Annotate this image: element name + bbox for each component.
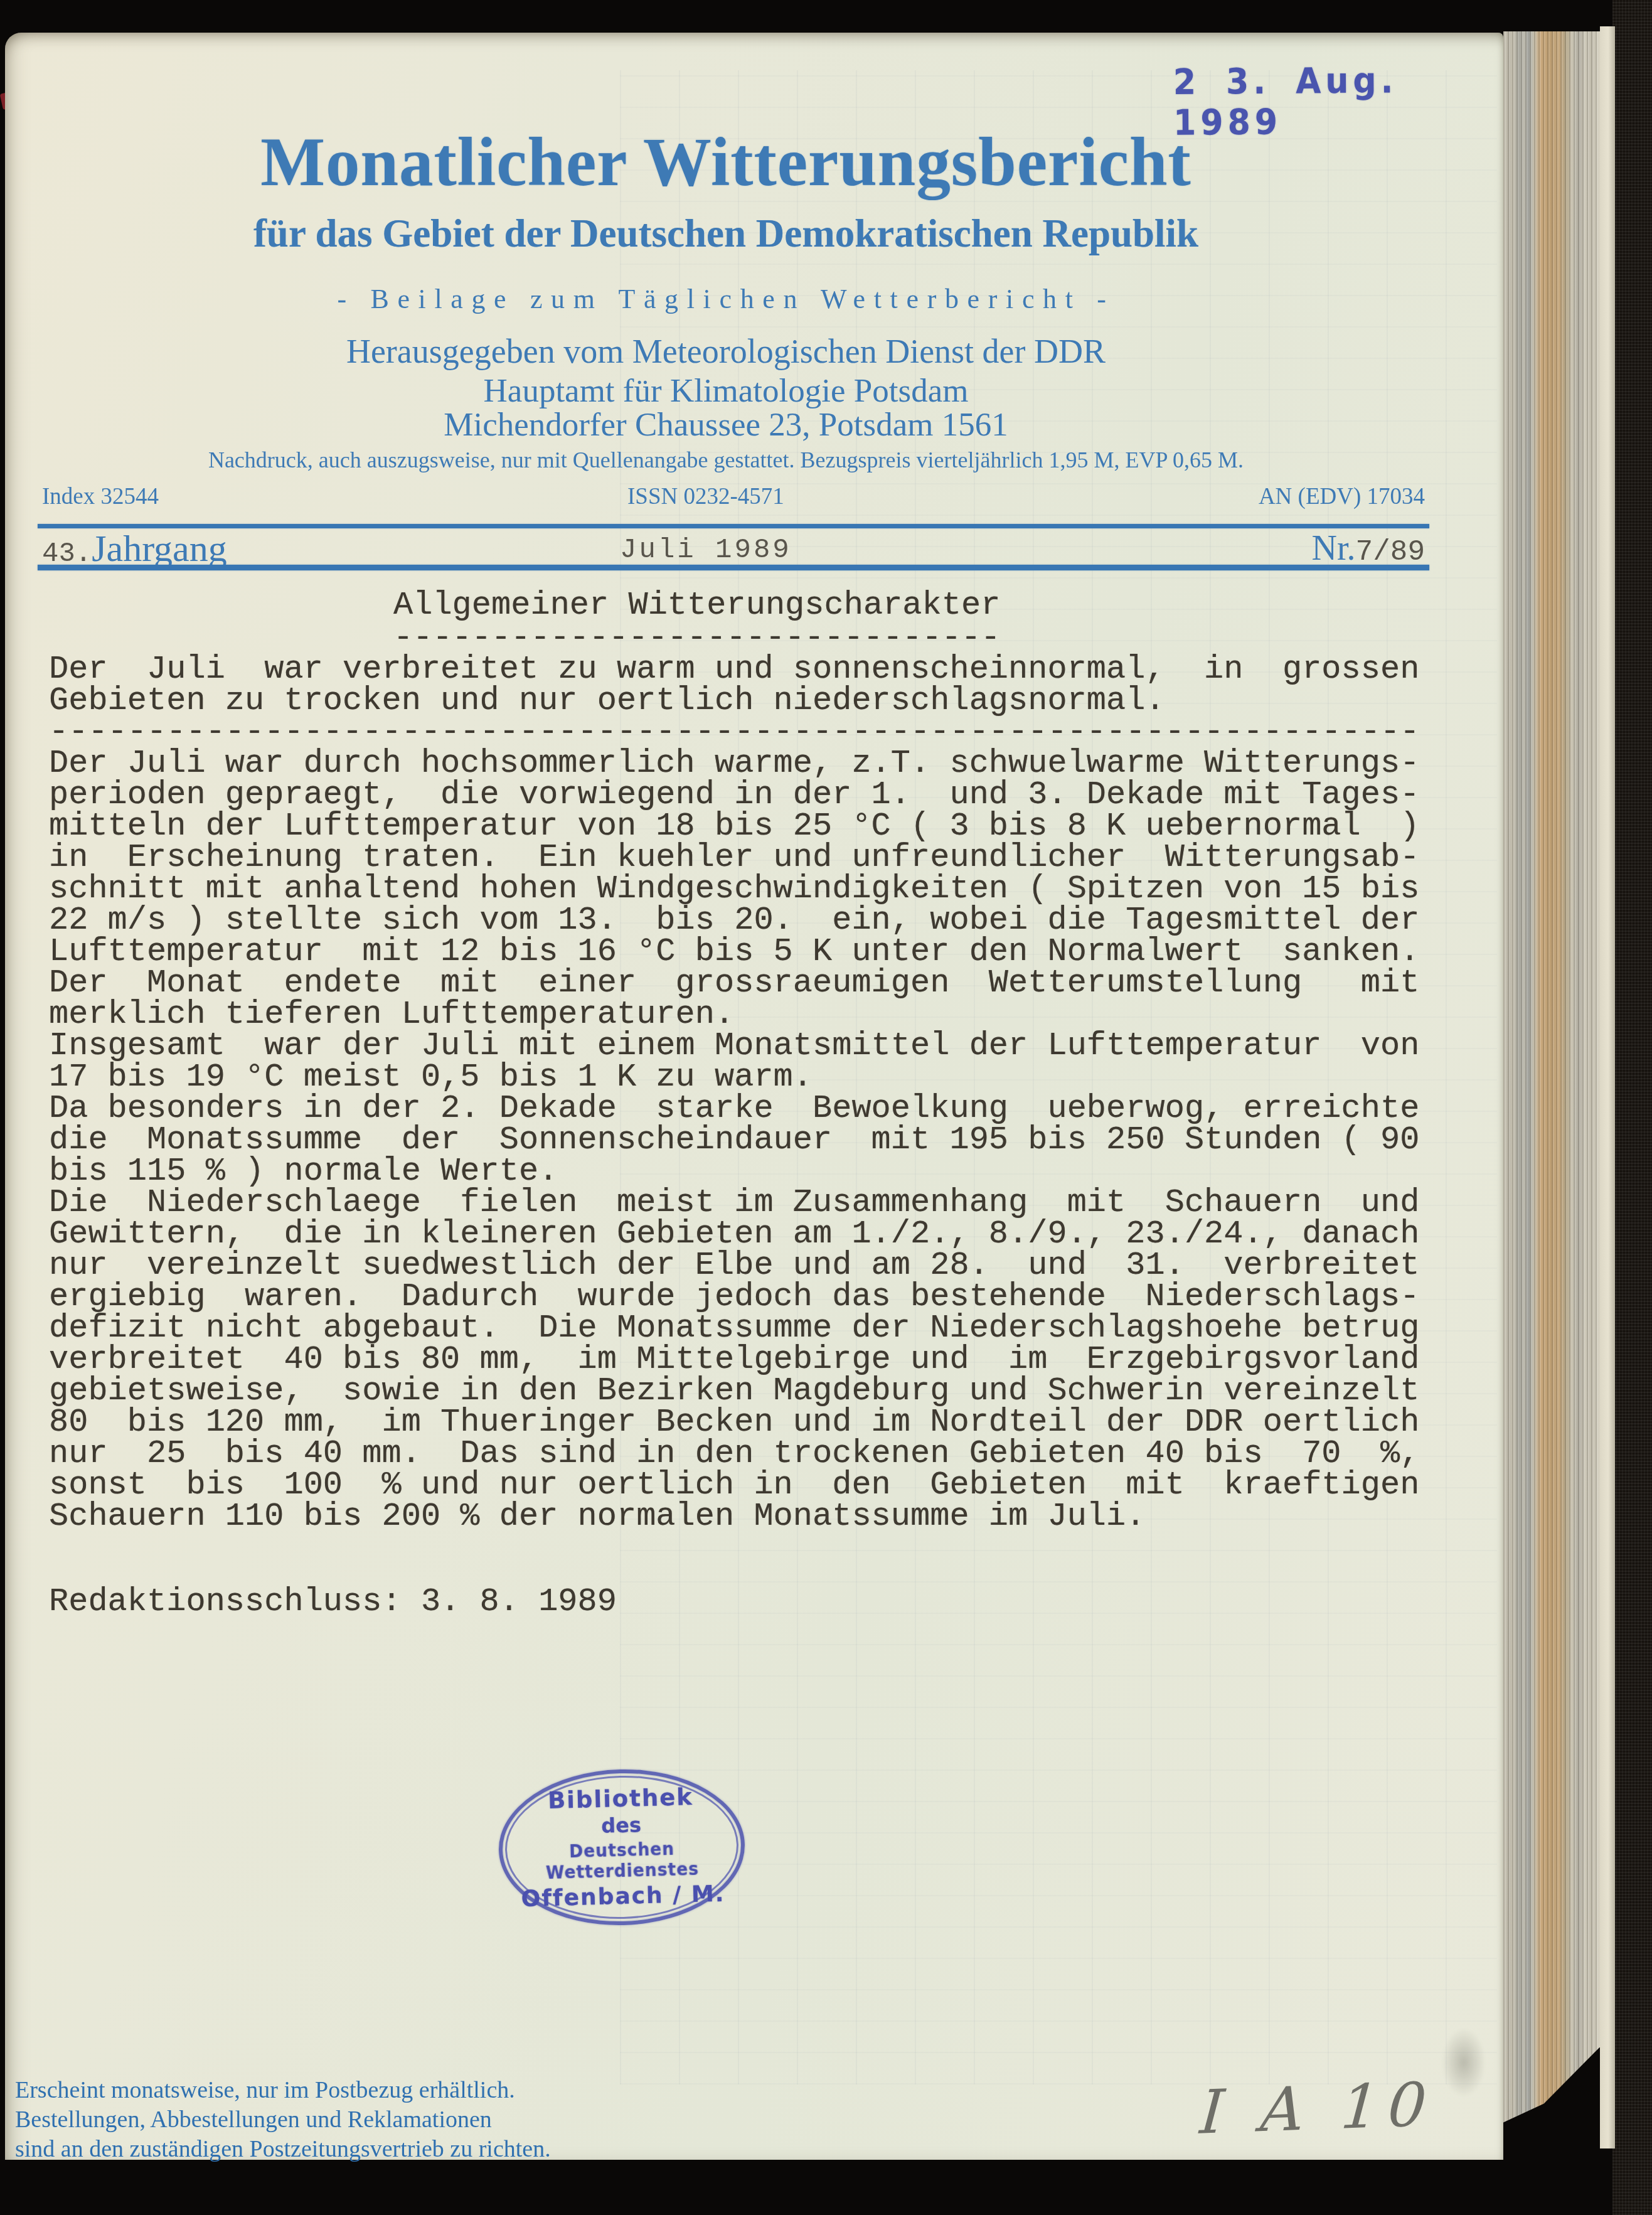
issue-number: 7/89 <box>1356 536 1425 568</box>
stamp-line-2: des <box>601 1813 642 1838</box>
lead-line-1: Der Juli war verbreitet zu warm und sonn… <box>49 654 1419 685</box>
back-cover-edge <box>1600 26 1615 2148</box>
issn-number: ISSN 0232-4571 <box>42 483 1370 510</box>
issue-prefix: Nr. <box>1312 529 1356 568</box>
publisher-line-2: Hauptamt für Klimatologie Potsdam <box>45 372 1407 410</box>
handwritten-shelf-mark: I A 10 <box>1198 2069 1437 2147</box>
lead-underline: ----------------------------------------… <box>49 717 1419 748</box>
book-scan: { "scan": { "date_stamp": "2 3. Aug. 198… <box>0 0 1652 2215</box>
copyright-line: Nachdruck, auch auszugsweise, nur mit Qu… <box>45 447 1407 473</box>
divider-rule-top <box>38 524 1429 528</box>
editorial-deadline: Redaktionsschluss: 3. 8. 1989 <box>49 1586 617 1618</box>
publisher-line-3: Michendorfer Chaussee 23, Potsdam 1561 <box>45 406 1407 444</box>
an-edv-number: AN (EDV) 17034 <box>1259 483 1425 510</box>
imprint-line-1: Erscheint monatsweise, nur im Postbezug … <box>15 2076 551 2105</box>
issue-month: Juli 1989 <box>42 535 1370 566</box>
stamp-line-4: Offenbach / M. <box>521 1881 725 1912</box>
stamp-line-3: Deutschen Wetterdienstes <box>508 1837 736 1884</box>
issue-group: Nr.7/89 <box>1312 528 1425 568</box>
page-title: Monatlicher Witterungsbericht <box>52 122 1400 202</box>
report-heading-underline: ------------------------------- <box>393 622 1000 654</box>
page-stack-edges <box>1503 31 1600 2131</box>
imprint-line-2: Bestellungen, Abbestellungen und Reklama… <box>15 2105 551 2135</box>
divider-rule-bottom <box>38 565 1429 570</box>
imprint-note: Erscheint monatsweise, nur im Postbezug … <box>15 2076 551 2164</box>
report-body: Der Juli war durch hochsommerlich warme,… <box>49 748 1419 1532</box>
library-stamp: Bibliothek des Deutschen Wetterdienstes … <box>497 1766 747 1928</box>
masthead-subtitle: für das Gebiet der Deutschen Demokratisc… <box>45 211 1407 257</box>
report-heading: Allgemeiner Witterungscharakter <box>393 590 1000 621</box>
lead-line-2: Gebieten zu trocken und nur oertlich nie… <box>49 685 1165 717</box>
book-cover-cloth <box>1612 0 1652 2215</box>
stamp-line-1: Bibliothek <box>547 1783 693 1814</box>
publisher-line-1: Herausgegeben vom Meteorologischen Diens… <box>45 332 1407 371</box>
imprint-line-3: sind an den zuständigen Postzeitungsvert… <box>15 2135 551 2164</box>
supplement-line: - Beilage zum Täglichen Wetterbericht - <box>45 283 1407 315</box>
page: 2 3. Aug. 1989 Monatlicher Witterungsber… <box>5 33 1503 2160</box>
pencil-smudge <box>1442 2028 1486 2097</box>
